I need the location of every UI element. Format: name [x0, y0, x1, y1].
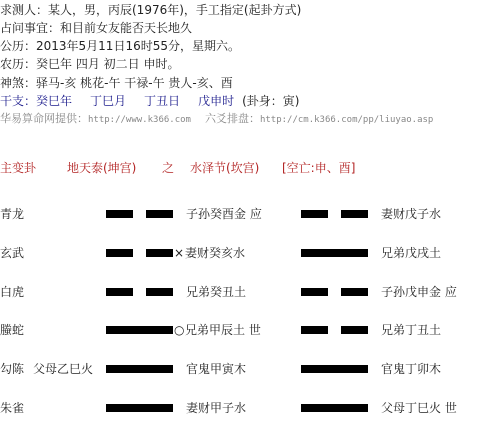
- main-yao-label: 子孙癸酉金 应: [186, 206, 262, 222]
- moving-yang-circle-icon: ○: [174, 322, 184, 338]
- changed-yao-label: 兄弟丁丑土: [381, 322, 441, 338]
- ganzhi-month: 丁巳月: [90, 94, 126, 108]
- credit-line: 华易算命网提供：http://www.k366.com六爻排盘：http://c…: [0, 111, 433, 127]
- changed-yao-yin-line: [301, 326, 368, 334]
- changed-yao-label: 兄弟戊戌土: [381, 245, 441, 261]
- changed-gua-name: 水泽节(坎宫): [190, 160, 259, 176]
- tool-label: 六爻排盘：: [205, 112, 260, 125]
- main-yao-yang-line: [106, 365, 173, 373]
- changed-yao-yang-line: [301, 365, 368, 373]
- ganzhi-year: 癸巳年: [36, 94, 72, 108]
- six-god: 青龙: [0, 206, 24, 222]
- main-yao-label: 官鬼甲寅木: [186, 361, 246, 377]
- yao-row-5: 玄武 × 妻财癸亥水 兄弟戊戌土: [0, 243, 500, 263]
- subject-line: 求测人：某人，男，丙辰(1976年)，手工指定(起卦方式): [0, 2, 301, 18]
- main-yao-yang-line: [106, 404, 173, 412]
- fushen: 父母乙巳火: [33, 361, 93, 377]
- changed-yao-yin-line: [301, 210, 368, 218]
- six-god: 朱雀: [0, 400, 24, 416]
- lunar-date-line: 农历：癸巳年 四月 初二日 申时。: [0, 56, 179, 72]
- six-god: 螣蛇: [0, 322, 24, 338]
- main-yao-label: 妻财癸亥水: [185, 245, 245, 261]
- solar-date-line: 公历：2013年5月11日16时55分，星期六。: [0, 38, 240, 54]
- main-yao-yin-line: [106, 249, 173, 257]
- provider-label: 华易算命网提供：: [0, 112, 88, 125]
- changed-yao-label: 子孙戊申金 应: [381, 284, 457, 300]
- six-god: 勾陈: [0, 361, 24, 377]
- moving-yin-cross-icon: ×: [174, 245, 184, 261]
- guashen: (卦身：寅): [242, 94, 299, 108]
- yao-row-1: 朱雀 妻财甲子水 父母丁巳火 世: [0, 398, 500, 418]
- changed-yao-label: 官鬼丁卯木: [381, 361, 441, 377]
- yao-row-4: 白虎 兄弟癸丑土 子孙戊申金 应: [0, 282, 500, 302]
- yao-row-3: 螣蛇 ○ 兄弟甲辰土 世 兄弟丁丑土: [0, 320, 500, 340]
- ganzhi-hour: 戊申时: [198, 94, 234, 108]
- main-yao-yin-line: [106, 210, 173, 218]
- main-yao-label: 兄弟癸丑土: [186, 284, 246, 300]
- yao-row-6: 青龙 子孙癸酉金 应 妻财戊子水: [0, 204, 500, 224]
- main-gua-name: 地天泰(坤宫): [67, 160, 136, 176]
- tool-link[interactable]: http://cm.k366.com/pp/liuyao.asp: [260, 115, 433, 125]
- ganzhi-line: 干支：癸巳年丁巳月丁丑日戊申时(卦身：寅): [0, 93, 299, 109]
- question-line: 占问事宜：和目前女友能否天长地久: [0, 20, 192, 36]
- six-god: 玄武: [0, 245, 24, 261]
- shensha-line: 神煞：驿马-亥 桃花-午 干禄-午 贵人-亥、酉: [0, 75, 233, 91]
- gua-header: 主变卦 地天泰(坤宫) 之 水泽节(坎宫) [空亡:申、酉]: [0, 160, 500, 176]
- changed-yao-label: 妻财戊子水: [381, 206, 441, 222]
- zhi-connector: 之: [162, 160, 174, 176]
- changed-yao-yin-line: [301, 288, 368, 296]
- six-god: 白虎: [0, 284, 24, 300]
- main-yao-yin-line: [106, 288, 173, 296]
- ganzhi-label: 干支：: [0, 94, 36, 108]
- changed-yao-yang-line: [301, 404, 368, 412]
- main-yao-label: 妻财甲子水: [186, 400, 246, 416]
- changed-yao-label: 父母丁巳火 世: [381, 400, 457, 416]
- gua-header-title: 主变卦: [0, 160, 36, 176]
- yao-row-2: 勾陈 父母乙巳火 官鬼甲寅木 官鬼丁卯木: [0, 359, 500, 379]
- ganzhi-day: 丁丑日: [144, 94, 180, 108]
- provider-link[interactable]: http://www.k366.com: [88, 115, 191, 125]
- changed-yao-yang-line: [301, 249, 368, 257]
- main-yao-label: 兄弟甲辰土 世: [185, 322, 261, 338]
- main-yao-yang-line: [106, 326, 173, 334]
- kongwang: [空亡:申、酉]: [282, 160, 355, 176]
